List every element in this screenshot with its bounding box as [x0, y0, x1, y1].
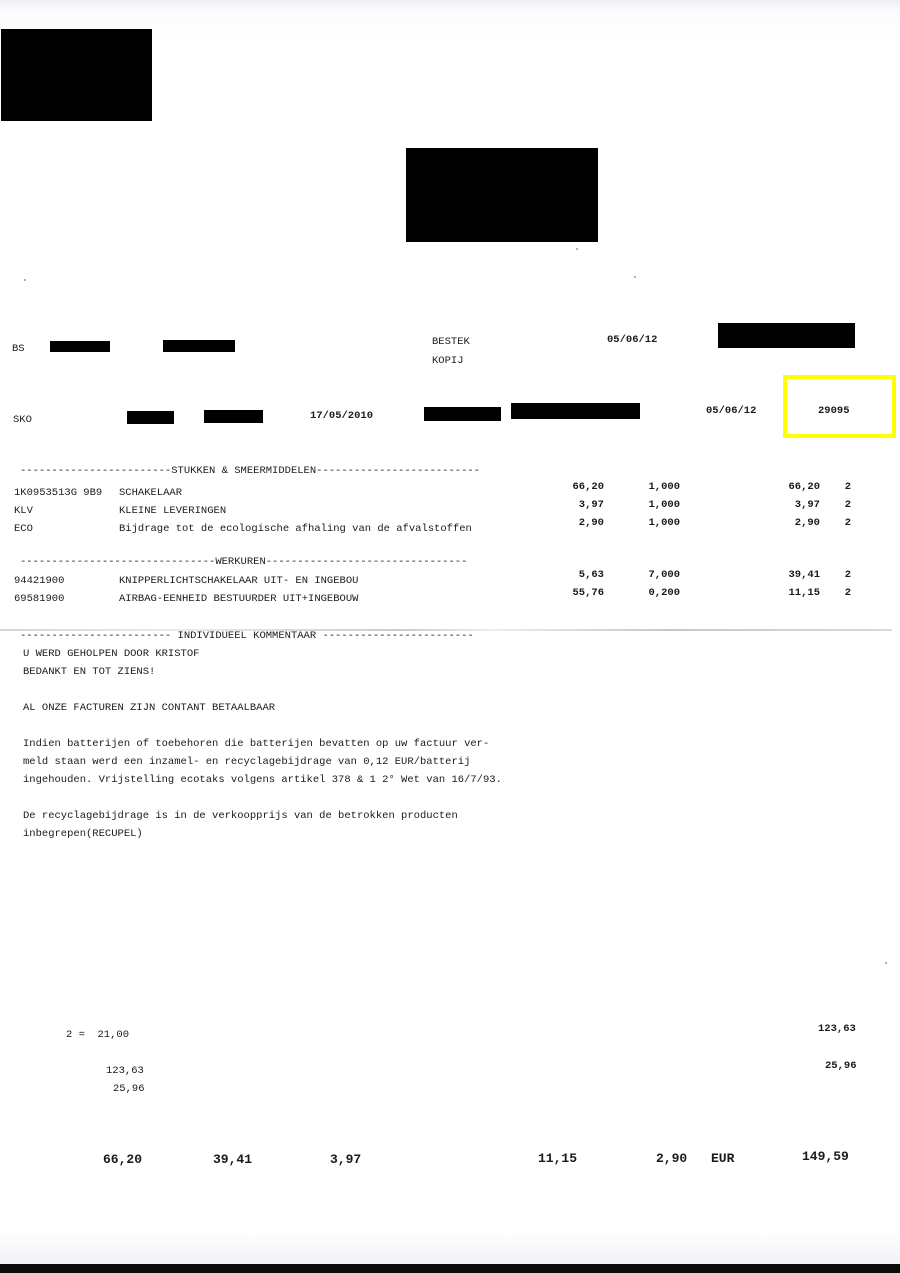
line-item-quantity: 7,000: [648, 569, 680, 581]
kopij-label: KOPIJ: [432, 355, 464, 367]
redacted-sko-field-1: [127, 411, 174, 424]
total-eco: 2,90: [656, 1151, 687, 1166]
vat-rate-line: 2 = 21,00: [66, 1029, 129, 1041]
battery-note-line-2: meld staan werd een inzamel- en recyclag…: [23, 756, 470, 768]
comment-line-helper: U WERD GEHOLPEN DOOR KRISTOF: [23, 648, 199, 660]
line-item-description: AIRBAG-EENHEID BESTUURDER UIT+INGEBOUW: [119, 593, 358, 605]
battery-note-line-1: Indien batterijen of toebehoren die batt…: [23, 738, 489, 750]
redacted-sko-field-4: [511, 403, 640, 419]
line-item-unit-price: 55,76: [572, 587, 604, 599]
line-item-quantity: 1,000: [648, 499, 680, 511]
line-item-code: 1K0953513G 9B9: [14, 487, 102, 499]
line-item-vat-code: 2: [845, 481, 851, 493]
line-item-code: KLV: [14, 505, 33, 517]
scan-speck: [885, 962, 887, 964]
invoice-number: 29095: [818, 405, 850, 417]
redacted-company-block: [406, 148, 598, 242]
recupel-note-line-2: inbegrepen(RECUPEL): [23, 828, 143, 840]
line-item-description: Bijdrage tot de ecologische afhaling van…: [119, 523, 472, 535]
scanner-edge: [0, 1264, 900, 1273]
redacted-sko-field-2: [204, 410, 263, 423]
redacted-header-field: [718, 323, 855, 348]
line-item-description: KNIPPERLICHTSCHAKELAAR UIT- EN INGEBOU: [119, 575, 358, 587]
line-item-vat-code: 2: [845, 587, 851, 599]
comment-section-header: ------------------------ INDIVIDUEEL KOM…: [20, 630, 474, 642]
line-item-quantity: 1,000: [648, 481, 680, 493]
line-item-amount: 39,41: [788, 569, 820, 581]
line-item-code: 94421900: [14, 575, 64, 587]
bestek-date: 05/06/12: [607, 334, 657, 346]
line-item-vat-code: 2: [845, 517, 851, 529]
parts-section-header: ------------------------STUKKEN & SMEERM…: [20, 465, 480, 477]
redacted-bs-field-1: [50, 341, 110, 352]
recupel-note-line-1: De recyclagebijdrage is in de verkooppri…: [23, 810, 458, 822]
battery-note-line-3: ingehouden. Vrijstelling ecotaks volgens…: [23, 774, 502, 786]
comment-line-thanks: BEDANKT EN TOT ZIENS!: [23, 666, 155, 678]
vat-base-right: 123,63: [818, 1023, 856, 1035]
scan-speck: [24, 279, 26, 281]
payment-note: AL ONZE FACTUREN ZIJN CONTANT BETAALBAAR: [23, 702, 275, 714]
vat-amount-right: 25,96: [825, 1060, 857, 1072]
line-item-description: KLEINE LEVERINGEN: [119, 505, 226, 517]
sko-date: 17/05/2010: [310, 410, 373, 422]
line-item-amount: 11,15: [788, 587, 820, 599]
line-item-unit-price: 3,97: [579, 499, 604, 511]
vat-amount-left: 25,96: [113, 1083, 145, 1095]
line-item-amount: 3,97: [795, 499, 820, 511]
line-item-unit-price: 5,63: [579, 569, 604, 581]
bs-label: BS: [12, 343, 25, 355]
line-item-vat-code: 2: [845, 569, 851, 581]
line-item-description: SCHAKELAAR: [119, 487, 182, 499]
redacted-sko-field-3: [424, 407, 501, 421]
line-item-unit-price: 2,90: [579, 517, 604, 529]
redacted-bs-field-2: [163, 340, 235, 352]
redacted-logo: [1, 29, 152, 121]
total-small-deliveries: 3,97: [330, 1152, 361, 1167]
labour-section-header: -------------------------------WERKUREN-…: [20, 556, 467, 568]
line-item-vat-code: 2: [845, 499, 851, 511]
total-currency: EUR: [711, 1151, 734, 1166]
sko-label: SKO: [13, 414, 32, 426]
total-labour: 39,41: [213, 1152, 252, 1167]
line-item-quantity: 0,200: [648, 587, 680, 599]
line-item-amount: 2,90: [795, 517, 820, 529]
bestek-label: BESTEK: [432, 336, 470, 348]
line-item-unit-price: 66,20: [572, 481, 604, 493]
line-item-quantity: 1,000: [648, 517, 680, 529]
scan-speck: [634, 276, 636, 278]
total-airbag-labour: 11,15: [538, 1151, 577, 1166]
grand-total: 149,59: [802, 1149, 849, 1164]
scan-speck: [576, 248, 578, 250]
line-item-code: 69581900: [14, 593, 64, 605]
line-item-code: ECO: [14, 523, 33, 535]
vat-base-left: 123,63: [106, 1065, 144, 1077]
line-item-amount: 66,20: [788, 481, 820, 493]
invoice-date: 05/06/12: [706, 405, 756, 417]
total-parts: 66,20: [103, 1152, 142, 1167]
